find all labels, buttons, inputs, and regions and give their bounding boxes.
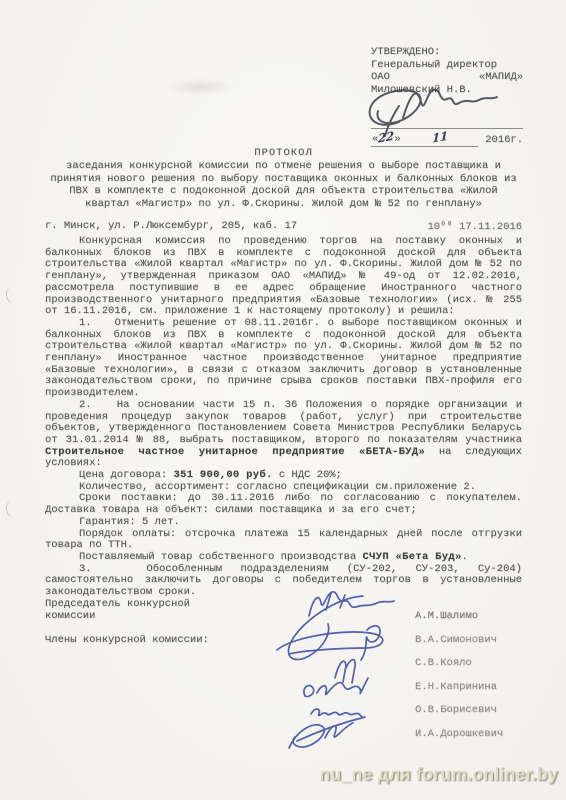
supplier-name: Строительное частное унитарное предприят… bbox=[45, 446, 425, 458]
term-payment: Порядок оплаты: отсрочка платежа 15 кале… bbox=[45, 529, 522, 552]
title-line: ПВХ в комплекте с подоконной доской для … bbox=[45, 185, 522, 197]
title-line: квартал «Магистр» по ул. Ф.Скорины. Жило… bbox=[45, 198, 522, 210]
signature-kaprinina bbox=[304, 678, 368, 696]
protocol-heading: ПРОТОКОЛ bbox=[45, 147, 522, 159]
term-delivery: Сроки поставки: до 30.11.2016 либо по со… bbox=[45, 493, 522, 516]
term-origin: Поставляемый товар собственного производ… bbox=[45, 552, 522, 564]
term-price: Цена договора: 351 900,00 руб. с НДС 20%… bbox=[45, 470, 522, 482]
approval-block: УТВЕРЖДЕНО: Генеральный директор ОАО «МА… bbox=[371, 46, 523, 147]
term-warranty: Гарантия: 5 лет. bbox=[45, 517, 522, 529]
contract-price: 351 900,00 руб. bbox=[174, 469, 273, 481]
scan-artifact bbox=[165, 78, 235, 96]
approval-signature-zone bbox=[371, 96, 523, 129]
director-position: Генеральный директор bbox=[371, 59, 523, 72]
location: г. Минск, ул. Р.Люксембург, 205, каб. 17 bbox=[45, 220, 297, 233]
signature-borisevich bbox=[311, 709, 362, 717]
meta-row: г. Минск, ул. Р.Люксембург, 205, каб. 17… bbox=[45, 220, 522, 233]
signature-doroshkevich bbox=[289, 717, 365, 748]
chairman-label: Председатель конкурсной комиссии bbox=[45, 598, 223, 623]
resolution-item-1: 1. Отменить решение от 08.11.2016г. о вы… bbox=[45, 318, 522, 400]
signature-koyalo bbox=[335, 660, 355, 683]
document-page: УТВЕРЖДЕНО: Генеральный директор ОАО «МА… bbox=[0, 0, 566, 800]
title-line: заседания конкурсной комиссии по отмене … bbox=[45, 160, 522, 172]
scan-artifact bbox=[5, 500, 19, 517]
approved-label: УТВЕРЖДЕНО: bbox=[371, 46, 523, 59]
resolution-item-2: 2. На основании части 15 п. 36 Положения… bbox=[45, 400, 522, 470]
producer-name: СЧУП «Бета Буд» bbox=[363, 551, 462, 563]
committee-signatures-ink bbox=[265, 586, 435, 771]
signature-section: Председатель конкурсной комиссии Члены к… bbox=[45, 598, 522, 768]
intro-paragraph: Конкурсная комиссия по проведению торгов… bbox=[45, 236, 522, 318]
forum-watermark: nu_ne для forum.onliner.by bbox=[319, 764, 558, 785]
title-line: принятия нового решения по выбору постав… bbox=[45, 173, 522, 185]
members-label: Члены конкурсной комиссии: bbox=[45, 634, 223, 646]
scan-artifact bbox=[5, 286, 19, 303]
document-title: ПРОТОКОЛ заседания конкурсной комиссии п… bbox=[45, 147, 522, 210]
document-body: Конкурсная комиссия по проведению торгов… bbox=[45, 236, 522, 599]
date-time: 10⁰⁰ 17.11.2016 bbox=[427, 220, 522, 233]
